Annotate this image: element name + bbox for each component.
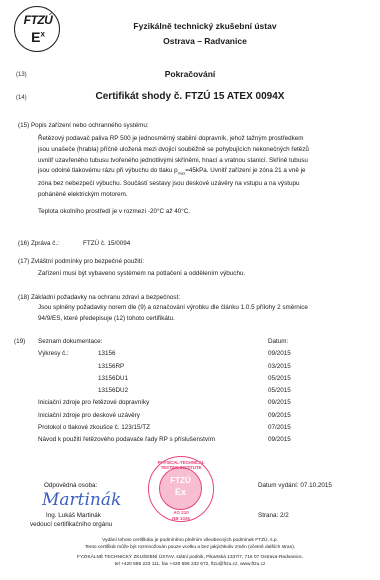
desc-line: Řetězový podavač paliva RP 500 je jednos… [38, 134, 368, 145]
stamp-logo-top: FTZÚ [160, 476, 201, 485]
document-date: 09/2015 [268, 410, 291, 422]
certificate-title: Certifikát shody č. FTZÚ 15 ATEX 0094X [0, 91, 380, 102]
drawing-row: 13156RP 03/2015 [14, 361, 344, 373]
desc-line: uvnitř uzavřeného tubusu tvořeného jedno… [38, 156, 368, 167]
section-18: (18) Základní požadavky na ochranu zdrav… [18, 294, 180, 301]
document-date: 09/2015 [268, 397, 291, 409]
doc-list-label: Seznam dokumentace: [38, 336, 268, 348]
footer-line-4: tel +420 595 223 111, fax +420 596 232 6… [0, 562, 380, 567]
section-17-label: Zvláštní podmínky pro bezpečné použití: [31, 258, 144, 265]
desc-line: jsou unašeče (hrabla) příčně uložená mez… [38, 145, 368, 156]
document-name: Protokol o tlakové zkoušce č. 123/15/TZ [38, 422, 268, 434]
drawing-row: 13156DU2 05/2015 [14, 385, 344, 397]
official-stamp: PHYSICAL-TECHNICAL TESTING INSTITUTE FTZ… [148, 456, 214, 522]
section-17: (17) Zvláštní podmínky pro bezpečné použ… [18, 258, 144, 265]
section-16: (16) Zpráva č.: [18, 240, 59, 247]
desc-line: jsou odolné tlakovému rázu při výbuchu d… [38, 166, 368, 179]
footer-line-1: Vydání tohoto certifikátu je podmíněno p… [0, 538, 380, 543]
signature: Martinák [42, 490, 121, 510]
essential-requirements: Jsou splněny požadavky norem dle (9) a o… [38, 303, 368, 325]
section-15: (15) Popis zařízení nebo ochranného syst… [18, 122, 149, 129]
item-number-19: (19) [14, 336, 38, 348]
drawing-date: 05/2015 [268, 373, 291, 385]
document-name: Návod k použití řetězového podavače řady… [38, 434, 268, 446]
drawing-row: 13156DU1 05/2015 [14, 373, 344, 385]
desc-line: zóna bez nebezpečí výbuchu. Součástí ses… [38, 179, 368, 190]
item-number-15: (15) [18, 122, 29, 129]
drawing-id: 13156RP [98, 361, 268, 373]
org-location: Ostrava – Radvanice [0, 36, 380, 46]
drawings-label: Výkresy č.: [38, 348, 98, 360]
drawing-date: 03/2015 [268, 361, 291, 373]
section-19: (19) Seznam dokumentace: Datum: Výkresy … [14, 336, 344, 447]
stamp-logo-bottom: Ex [160, 487, 201, 497]
footer-line-2: Tento certifikát může být rozmnožován po… [0, 545, 380, 550]
document-row: Protokol o tlakové zkoušce č. 123/15/TZ … [14, 422, 344, 434]
stamp-ao: AO 210 [149, 510, 213, 515]
continuation-heading: Pokračování [0, 69, 380, 79]
drawing-date: 09/2015 [268, 348, 291, 360]
document-name: Iniciační zdroje pro deskové uzávěry [38, 410, 268, 422]
drawing-id: 13156DU2 [98, 385, 268, 397]
req-line: Jsou splněny požadavky norem dle (9) a o… [38, 303, 368, 314]
page-number: Strana: 2/2 [258, 512, 289, 519]
document-row: Návod k použití řetězového podavače řady… [14, 434, 344, 446]
footer-line-3: FYZIKÁLNĚ TECHNICKÝ ZKUŠEBNÍ ÚSTAV, stát… [0, 555, 380, 560]
report-label: Zpráva č.: [31, 240, 59, 247]
req-line: 94/9/ES, které předepisuje (12) tohoto c… [38, 314, 368, 325]
signatory-role: vedoucí certifikačního orgánu [30, 521, 112, 528]
date-header: Datum: [268, 336, 288, 348]
drawing-id: 13156 [98, 348, 268, 360]
stamp-logo: FTZÚ Ex [159, 467, 202, 510]
section-18-label: Základní požadavky na ochranu zdraví a b… [31, 294, 180, 301]
signatory-name: Ing. Lukáš Martinák [46, 512, 101, 519]
section-15-label: Popis zařízení nebo ochranného systému: [31, 122, 149, 129]
responsible-person-label: Odpovědná osoba: [44, 482, 97, 489]
item-number-16: (16) [18, 240, 29, 247]
section-15-description: Řetězový podavač paliva RP 500 je jednos… [38, 134, 368, 201]
item-number-17: (17) [18, 258, 29, 265]
stamp-nb: NB 1026 [149, 516, 213, 521]
document-date: 09/2015 [268, 434, 291, 446]
org-name: Fyzikálně technický zkušební ústav [0, 21, 380, 31]
special-conditions: Zařízení musí být vybaveno systémem na p… [38, 270, 245, 277]
drawing-id: 13156DU1 [98, 373, 268, 385]
item-number-18: (18) [18, 294, 29, 301]
document-name: Iniciační zdroje pro řetězové dopravníky [38, 397, 268, 409]
issue-date: Datum vydání: 07.10.2015 [258, 482, 332, 489]
desc-line: poháněné elektrickým motorem. [38, 190, 368, 201]
doc-list-header: (19) Seznam dokumentace: Datum: [14, 336, 344, 348]
document-row: Iniciační zdroje pro řetězové dopravníky… [14, 397, 344, 409]
temperature-range: Teplota okolního prostředí je v rozmezí … [38, 208, 190, 215]
drawing-date: 05/2015 [268, 385, 291, 397]
drawing-row: Výkresy č.: 13156 09/2015 [14, 348, 344, 360]
report-number: FTZÚ č. 15/0094 [83, 240, 130, 247]
document-date: 07/2015 [268, 422, 291, 434]
document-row: Iniciační zdroje pro deskové uzávěry 09/… [14, 410, 344, 422]
